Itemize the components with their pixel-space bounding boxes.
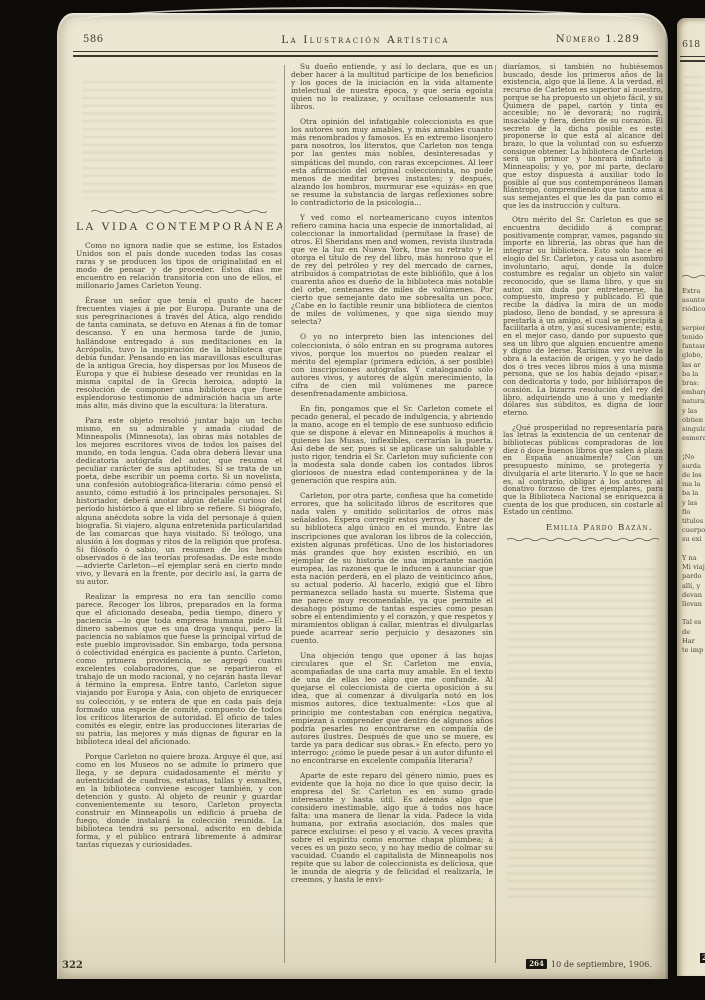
column-rule-1: [284, 65, 285, 963]
article-paragraph: Otro mérito del Sr. Carleton es que se e…: [503, 216, 663, 416]
ink-showthrough: [684, 76, 703, 266]
running-header: 586 La Ilustración Artística Número 1.28…: [75, 34, 656, 48]
issue-mark-badge: 264: [526, 959, 547, 969]
wavy-rule: [91, 209, 267, 214]
article-paragraph: Otra opinión del infatigable coleccionis…: [291, 118, 493, 207]
article-paragraph: diaríamos, si también no hubiésemos busc…: [503, 63, 663, 209]
next-page-folio: 618: [682, 39, 700, 50]
issue-date: 10 de septiembre, 1906.: [551, 959, 652, 969]
wavy-rule: [682, 274, 705, 279]
header-double-rule: [73, 51, 658, 57]
article-paragraph: Porque Carleton no quiere broza. Arguye …: [76, 753, 282, 850]
article-paragraph: Aparte de este reparo del género nimio, …: [291, 772, 493, 885]
author-signature: Emilia Pardo Bazán.: [503, 523, 663, 533]
running-footer: 322 264 10 de septiembre, 1906.: [57, 955, 668, 971]
article-paragraph: Una objeción tengo que oponer á las hoja…: [291, 652, 493, 765]
article-paragraph: En fin, pongamos que el Sr. Carleton com…: [291, 405, 493, 485]
article-paragraph: Para este objeto resolvió juntar bajo un…: [76, 417, 282, 586]
next-page-clipped-text: Extra asuntos riódicos serpient tenido f…: [682, 62, 705, 946]
ink-showthrough: [82, 81, 276, 199]
article-paragraph: O yo no interpreto bien las intenciones …: [291, 333, 493, 397]
issue-mark-badge-clipped: 264: [700, 953, 705, 963]
next-page-edge: 618 Extra asuntos riódicos serpient teni…: [677, 18, 705, 976]
article-paragraph: ¿Qué prosperidad no representaría para l…: [503, 424, 663, 516]
text-column-3: diaríamos, si también no hubiésemos busc…: [503, 63, 663, 967]
scanned-magazine-spread: 586 La Ilustración Artística Número 1.28…: [0, 0, 705, 1000]
column-rule-2: [495, 65, 496, 963]
ink-showthrough: [507, 568, 655, 898]
wavy-rule: [507, 537, 659, 542]
folio-bottom: 322: [62, 960, 83, 971]
article-paragraph: Y ved como el norteamericano cuyos inten…: [291, 214, 493, 327]
article-paragraph: Su dueño entiende, y así lo declara, que…: [291, 63, 493, 111]
issue-number: Número 1.289: [556, 34, 640, 45]
magazine-page: 586 La Ilustración Artística Número 1.28…: [57, 13, 668, 979]
article-paragraph: Realizar la empresa no era tan sencillo …: [76, 593, 282, 746]
article-paragraph: Érase un señor que tenía el gusto de hac…: [76, 297, 282, 410]
article-title: LA VIDA CONTEMPORÁNEA: [76, 221, 282, 233]
article-paragraph: Como no ignora nadie que se estime, los …: [76, 242, 282, 290]
article-paragraph: Carleton, por otra parte, confiesa que h…: [291, 492, 493, 645]
text-column-2: Su dueño entiende, y así lo declara, que…: [291, 63, 493, 967]
clipped-text-fragments: Extra asuntos riódicos serpient tenido f…: [682, 287, 705, 655]
text-column-1: LA VIDA CONTEMPORÁNEA Como no ignora nad…: [76, 63, 282, 965]
footer-right-group: 264 10 de septiembre, 1906.: [526, 959, 652, 969]
page-top-curl: [67, 7, 657, 25]
